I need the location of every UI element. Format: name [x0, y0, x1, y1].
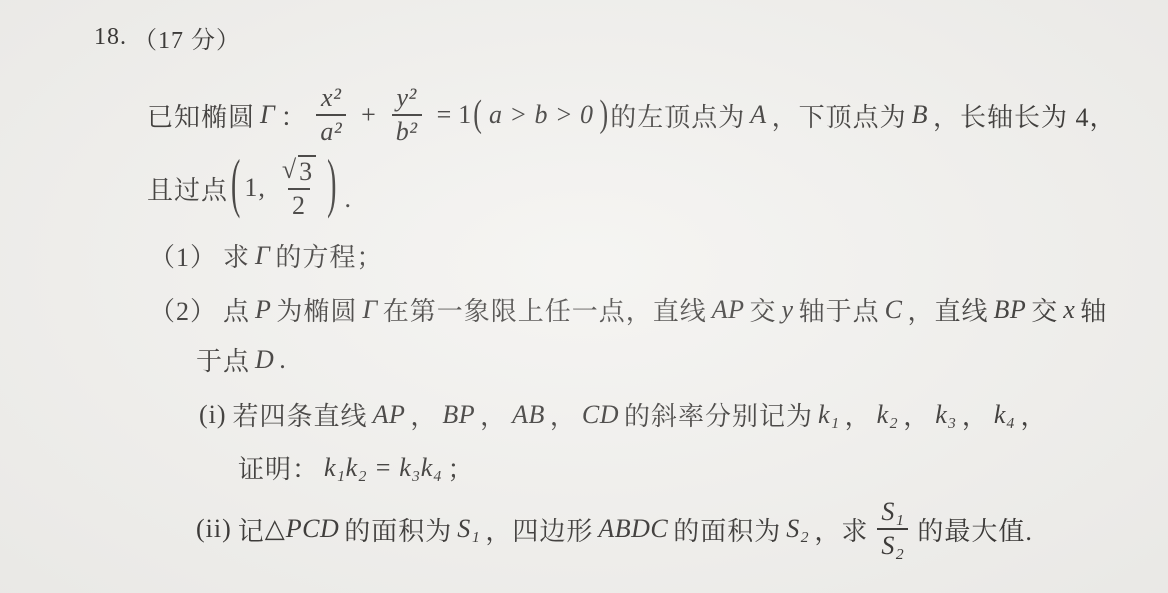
part1-post-text: 的方程；	[275, 237, 383, 274]
line-AB: AB	[512, 400, 545, 430]
radicand-3: 3	[298, 155, 316, 187]
point-D: D	[255, 345, 274, 375]
through-lead-text: 且过点	[147, 170, 228, 207]
fraction-S1-numerator: S₁	[877, 497, 908, 528]
fraction-sqrt3-2: √ 3 2	[278, 155, 320, 221]
part2-cont1: 于点	[196, 341, 250, 378]
problem-number: 18.	[94, 24, 127, 51]
gamma-symbol: Γ	[260, 100, 275, 130]
sub-ii-t5: ，求	[814, 511, 868, 548]
slope-k2: k₂	[877, 400, 899, 430]
slope-identity: k₁k₂ = k₃k₄	[324, 453, 442, 483]
triangle-symbol: △	[265, 514, 286, 544]
fraction-S1-S2: S₁ S₂	[872, 497, 913, 561]
part2-t4: 交	[750, 291, 777, 328]
part2-continuation-line: 于点 D .	[196, 341, 287, 378]
plus-operator: +	[361, 100, 377, 130]
comma: ，	[480, 396, 507, 433]
comma: ，	[1020, 396, 1047, 433]
slope-k3: k₃	[935, 400, 957, 430]
sentence-period: .	[344, 184, 352, 226]
through-point-line: 且过点 ( 1, √ 3 2 ) .	[147, 150, 352, 226]
point-A: A	[750, 100, 766, 130]
area-S2: S₂	[786, 514, 809, 544]
semicolon: ；	[447, 449, 474, 486]
denominator-2: 2	[288, 188, 310, 221]
line-BP: BP	[442, 400, 475, 430]
fraction-x2-numerator: x²	[317, 83, 345, 114]
comma: ，	[962, 396, 989, 433]
y-axis-var: y	[782, 295, 794, 325]
point-P: P	[255, 295, 271, 325]
fraction-x2-denominator: a²	[316, 114, 346, 147]
gamma-symbol: Γ	[362, 295, 377, 325]
part2-line: （2） 点 P 为椭圆 Γ 在第一象限上任一点，直线 AP 交 y 轴于点 C …	[149, 291, 1107, 328]
part2-t7: 交	[1031, 291, 1058, 328]
sub-i-label: (i)	[199, 400, 227, 430]
constant-one: 1	[458, 100, 472, 130]
line-AP: AP	[712, 295, 745, 325]
condition-open-paren: (	[473, 93, 483, 137]
problem-points: （17 分）	[133, 20, 241, 55]
point-B: B	[912, 100, 928, 130]
big-open-paren: (	[231, 148, 241, 223]
area-S1: S₁	[457, 514, 480, 544]
intro-after1-text: 的左顶点为	[610, 97, 745, 134]
point-C: C	[885, 295, 903, 325]
fraction-x2-a2: x² a²	[311, 83, 351, 147]
part2-t2: 为椭圆	[276, 291, 357, 328]
slope-k1: k₁	[818, 400, 840, 430]
part2-t6: ，直线	[907, 291, 988, 328]
quadrilateral-ABDC: ABDC	[598, 514, 668, 544]
intro-after2-text: ，下顶点为	[772, 97, 907, 134]
line-AP: AP	[373, 400, 406, 430]
radical-sign: √	[282, 155, 297, 185]
part2-label: （2）	[149, 291, 217, 328]
colon: ：	[280, 97, 307, 134]
comma: ，	[903, 396, 930, 433]
part1-label: （1）	[149, 237, 217, 274]
x-axis-var: x	[1063, 295, 1075, 325]
fraction-y2-denominator: b²	[392, 114, 422, 147]
equals-operator: =	[437, 100, 453, 130]
sub-i-line: (i) 若四条直线 AP ， BP ， AB ， CD 的斜率分别记为 k₁ ，…	[199, 396, 1047, 433]
proof-label: 证明：	[238, 449, 319, 486]
part2-t8: 轴	[1080, 291, 1107, 328]
sub-ii-t2: 的面积为	[344, 511, 452, 548]
sub-ii-t6: 的最大值.	[917, 511, 1033, 548]
comma: ，	[845, 396, 872, 433]
fraction-y2-numerator: y²	[393, 83, 421, 114]
part2-t3: 在第一象限上任一点，直线	[383, 291, 707, 328]
part2-t5: 轴于点	[799, 291, 880, 328]
sub-ii-t3: ，四边形	[485, 511, 593, 548]
triangle-PCD: PCD	[286, 514, 340, 544]
part1-line: （1） 求 Γ 的方程；	[149, 237, 383, 274]
part1-pre-text: 求	[223, 237, 250, 274]
proof-line: 证明： k₁k₂ = k₃k₄ ；	[238, 449, 474, 486]
fraction-y2-b2: y² b²	[387, 83, 427, 147]
part2-t1: 点	[223, 291, 250, 328]
comma: ，	[410, 396, 437, 433]
intro-after3-text: ，长轴长为 4，	[933, 97, 1117, 134]
sqrt-3-numerator: √ 3	[278, 155, 320, 188]
sub-ii-label: (ii)	[196, 514, 232, 544]
point-x-coordinate: 1,	[244, 173, 266, 203]
sub-ii-t4: 的面积为	[673, 511, 781, 548]
sub-ii-t1: 记	[238, 511, 265, 548]
line-CD: CD	[582, 400, 619, 430]
condition-text: a > b > 0	[489, 100, 594, 130]
sub-i-t2: 的斜率分别记为	[624, 396, 813, 433]
fraction-S2-denominator: S₂	[877, 528, 908, 561]
part2-cont2: .	[279, 345, 287, 375]
problem-header: 18. （17 分）	[94, 20, 241, 55]
sub-ii-line: (ii) 记 △ PCD 的面积为 S₁ ，四边形 ABDC 的面积为 S₂ ，…	[196, 493, 1033, 565]
sub-i-t1: 若四条直线	[233, 396, 368, 433]
line-BP: BP	[993, 295, 1026, 325]
big-close-paren: )	[327, 148, 337, 223]
gamma-symbol: Γ	[255, 241, 270, 271]
slope-k4: k₄	[994, 400, 1016, 430]
condition-close-paren: )	[600, 93, 610, 137]
comma: ，	[550, 396, 577, 433]
intro-lead-text: 已知椭圆	[147, 97, 255, 134]
intro-line: 已知椭圆 Γ ： x² a² + y² b² = 1 ( a > b > 0 )…	[147, 78, 1117, 152]
